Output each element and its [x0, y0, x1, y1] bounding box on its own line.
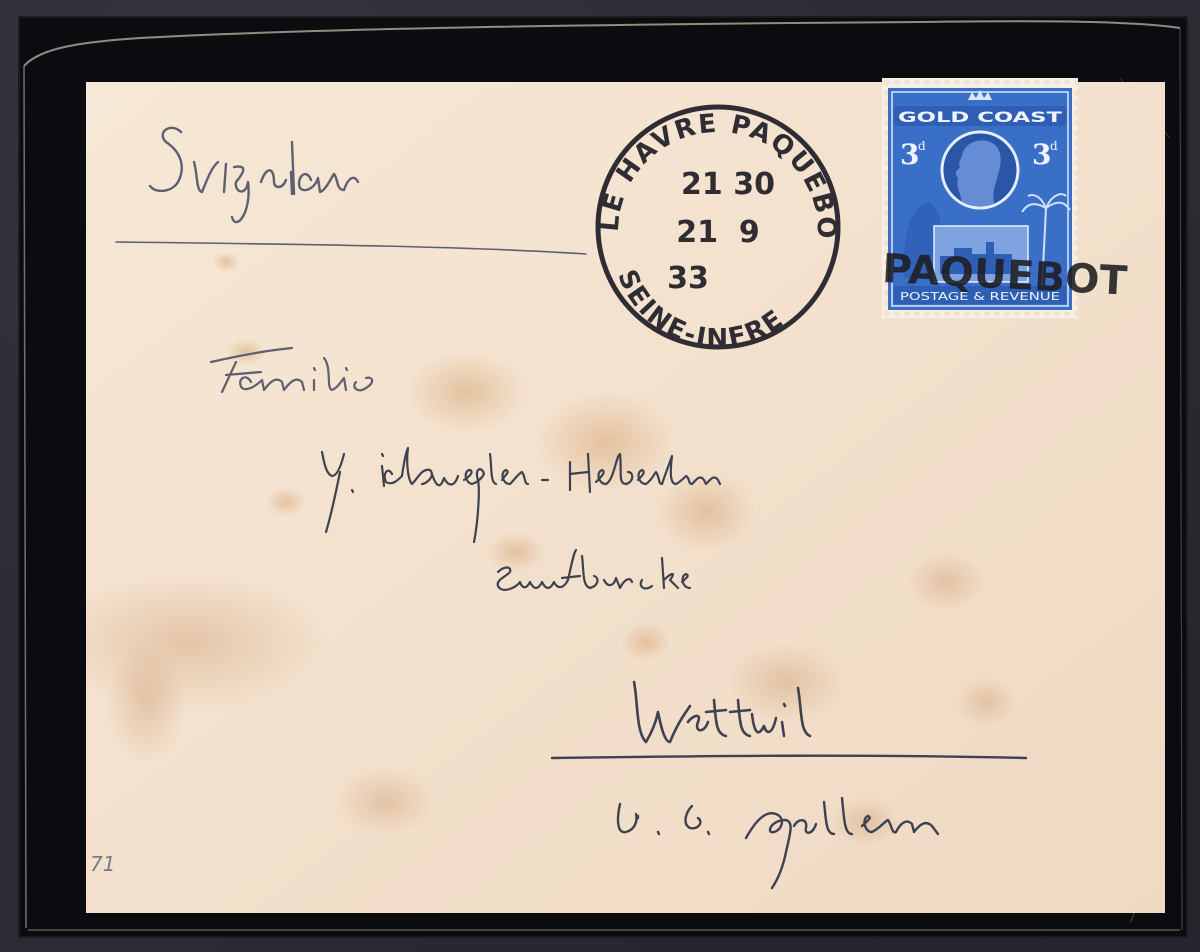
handwritten-line-familie: Familie: [86, 82, 372, 392]
postmark-date: 21 9: [676, 215, 760, 250]
paquebot-text: PAQUEBOT: [881, 246, 1129, 305]
postmark-year: 33: [667, 261, 709, 296]
handwritten-country: Switzerland: [86, 82, 586, 254]
stamp-country: GOLD COAST: [898, 110, 1063, 126]
stamp-value-left: 3: [900, 138, 919, 171]
stamp-denomination-right: d: [1050, 139, 1058, 153]
pencil-annotation: 71: [90, 852, 115, 876]
postmark-cancellation: LE HAVRE PAQUEBOT SEINE-INFRE 21 30 21 9…: [583, 92, 853, 362]
stamp-value-right: 3: [1032, 138, 1051, 171]
paquebot-cachet: PAQUEBOT: [878, 238, 1138, 328]
postmark-time: 21 30: [681, 167, 775, 202]
stamp-denomination-left: d: [918, 139, 926, 153]
